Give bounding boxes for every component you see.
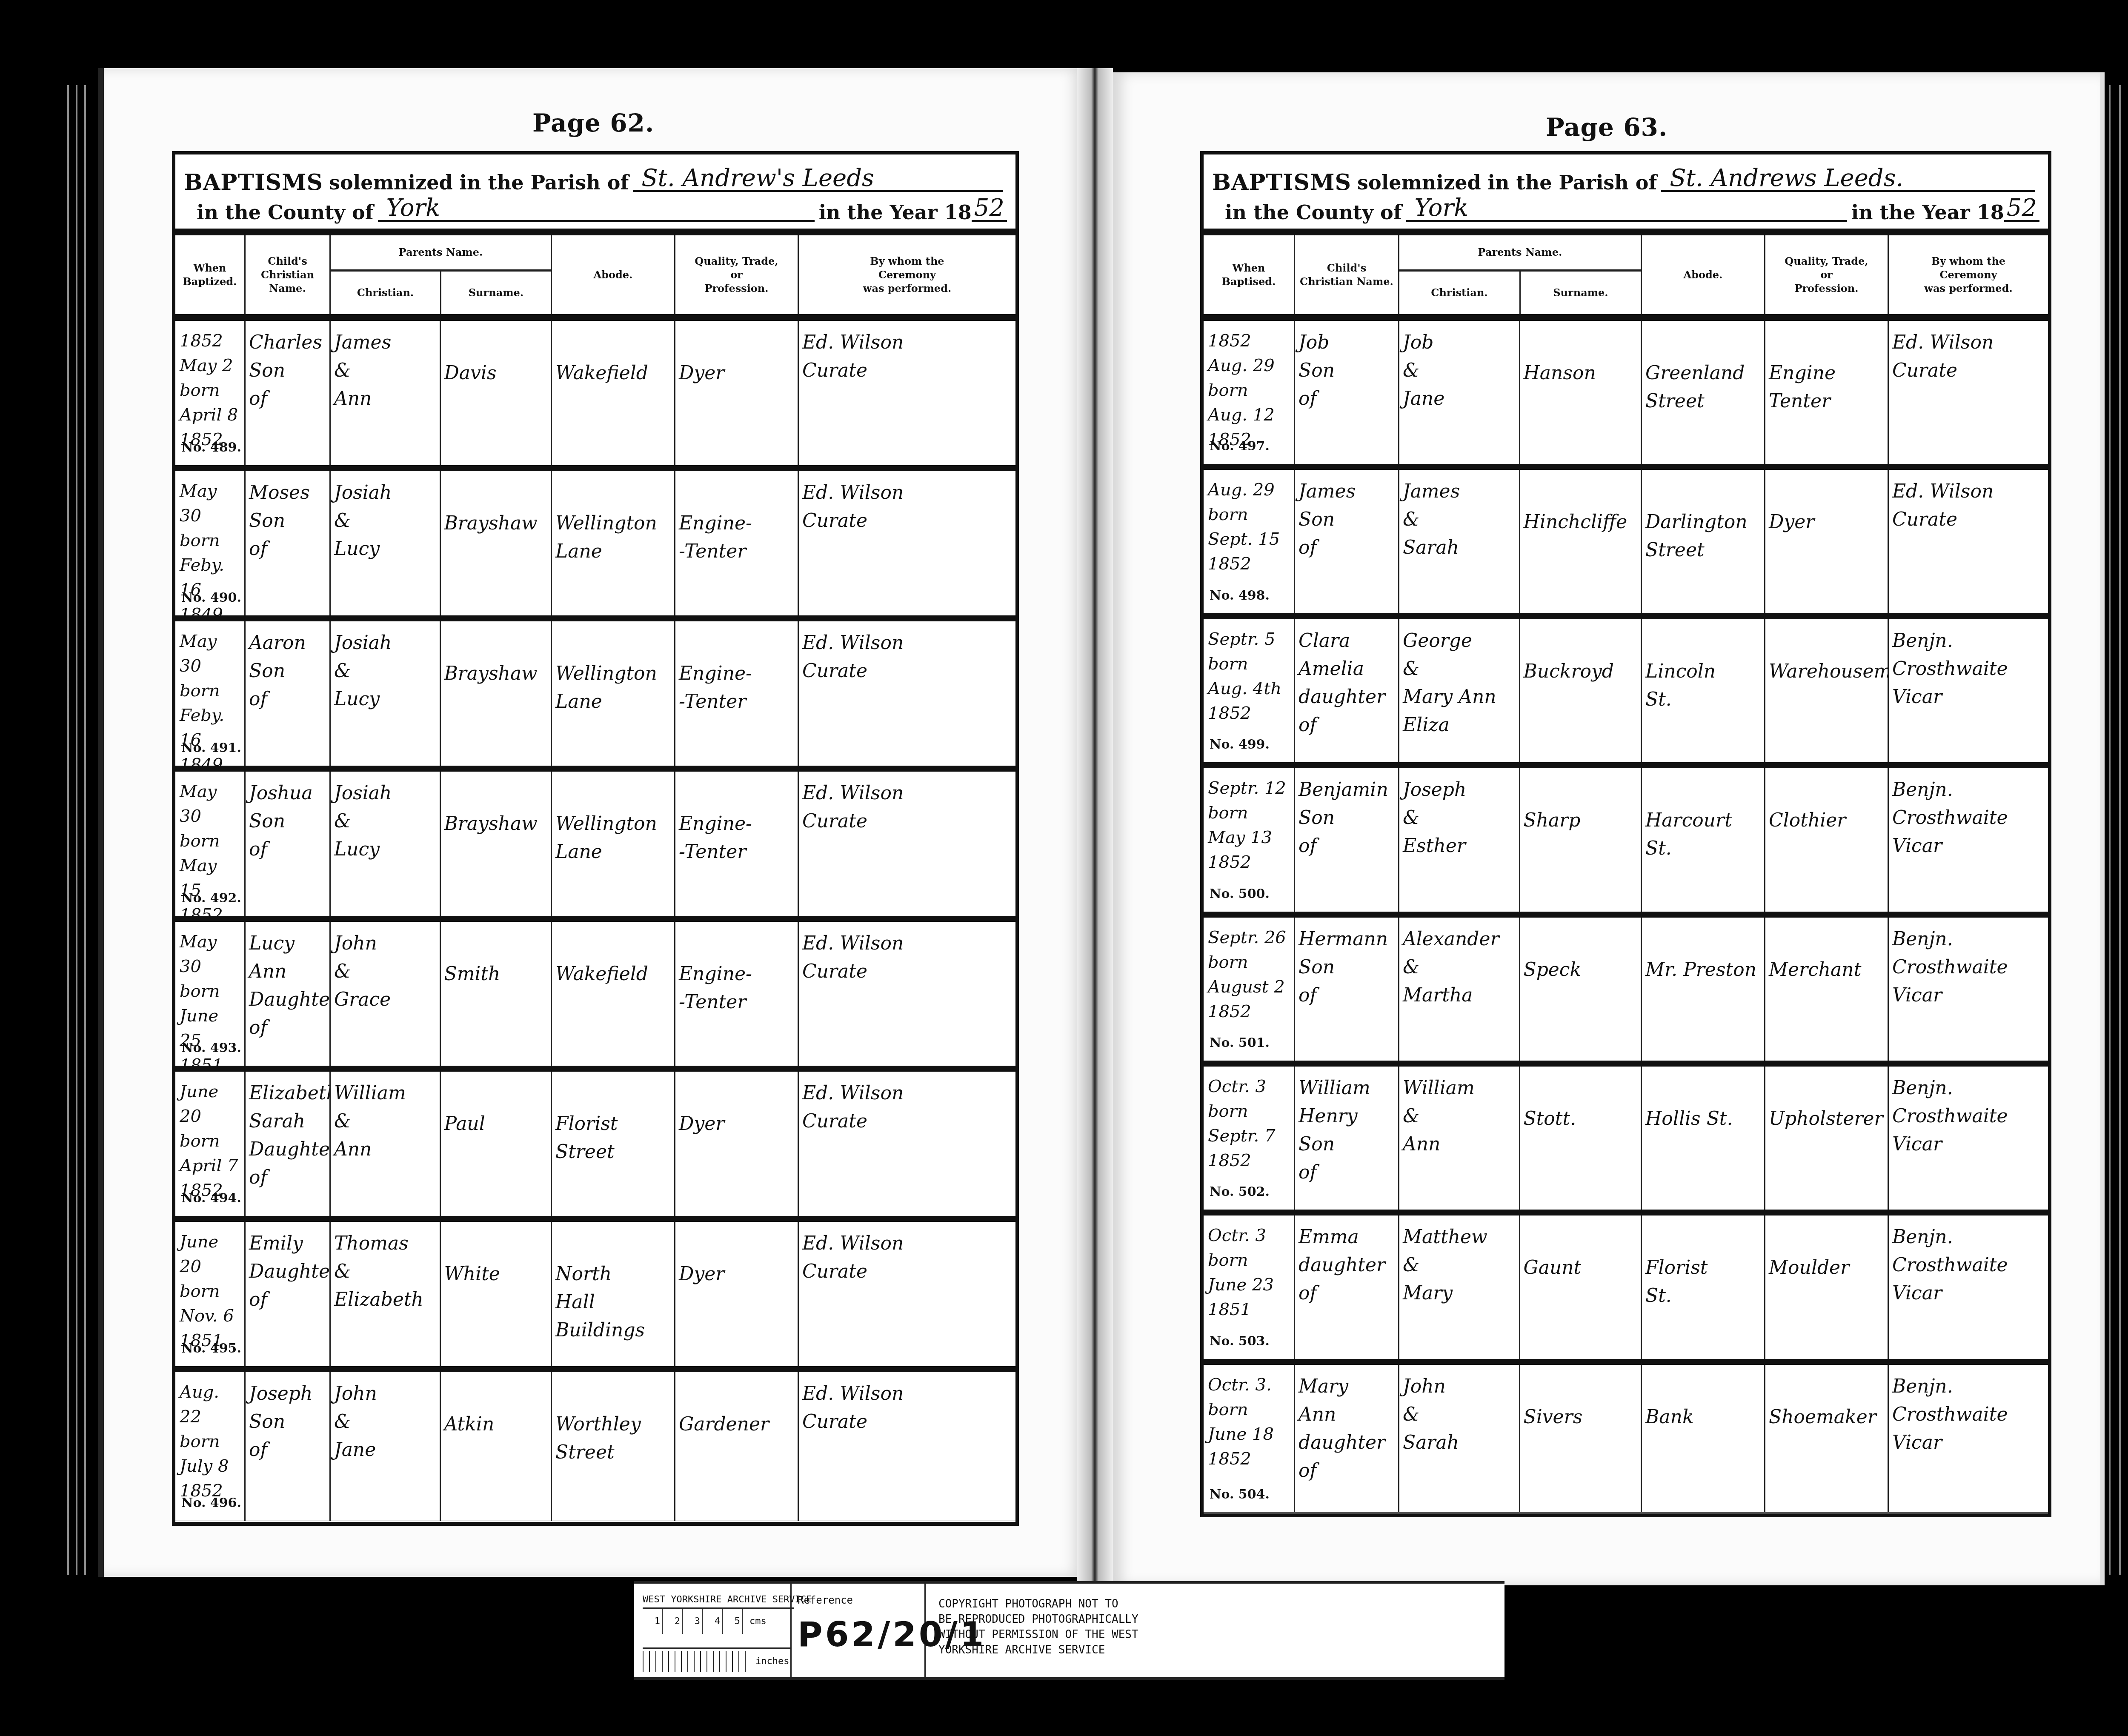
cell-child-name-line: Job xyxy=(1299,329,1395,357)
cell-when-baptized-line: 1852 xyxy=(1208,1148,1290,1173)
surname-text: Speck xyxy=(1524,956,1582,984)
cell-surname: Brayshaw xyxy=(441,772,551,916)
cell-when-baptized-line: Aug. 4th xyxy=(1208,676,1290,701)
cell-trade-line: Merchant xyxy=(1769,956,1884,984)
cell-by-whom: Ed. WilsonCurate xyxy=(1889,470,2048,613)
entry-number: No. 500. xyxy=(1210,882,1270,907)
cell-when-baptized: Septr. 5bornAug. 4th1852No. 499. xyxy=(1204,619,1295,762)
cm-tick: 1 xyxy=(643,1609,663,1634)
cell-trade: Clothier xyxy=(1765,768,1889,911)
cell-by-whom-line: Curate xyxy=(802,1107,1012,1135)
col-by-whom: By whom theCeremonywas performed. xyxy=(1889,235,2048,314)
cell-trade-line: Clothier xyxy=(1769,807,1884,835)
cell-when-baptized-line: 1852 xyxy=(1208,701,1290,726)
cell-when-baptized-line: April 7 xyxy=(180,1153,241,1178)
cell-when-baptized-line: May 30 xyxy=(180,929,241,979)
cell-abode-line: Worthley xyxy=(555,1410,671,1439)
cell-parents: John&SarahSivers xyxy=(1399,1365,1642,1512)
cell-by-whom-line: Curate xyxy=(802,507,1012,535)
cell-abode-line: Wakefield xyxy=(555,359,671,387)
cell-abode: HarcourtSt. xyxy=(1642,768,1765,911)
cell-trade-line: Engine- xyxy=(679,660,794,688)
cell-parents-christian-line: Jane xyxy=(1403,385,1516,413)
cell-when-baptized: Octr. 3bornSeptr. 71852No. 502. xyxy=(1204,1067,1295,1210)
cell-parents-christian: Matthew&Mary xyxy=(1399,1215,1520,1358)
entry-rows: 1852Aug. 29bornAug. 121852No. 497.JobSon… xyxy=(1204,321,2048,1514)
cell-by-whom-line: Ed. Wilson xyxy=(1892,478,2045,506)
cell-by-whom: Ed. WilsonCurate xyxy=(1889,321,2048,464)
entry-number: No. 497. xyxy=(1210,434,1270,459)
cell-parents-christian-line: Eliza xyxy=(1403,711,1516,739)
cell-parents-christian-line: & xyxy=(334,1107,436,1135)
cell-abode-line: Wellington xyxy=(555,509,671,538)
cell-child-name-line: Lucy xyxy=(249,929,326,958)
entry-number: No. 499. xyxy=(1210,732,1270,757)
column-headers: WhenBaptized. Child'sChristian Name. Par… xyxy=(175,235,1015,321)
cell-trade: Upholsterer xyxy=(1765,1067,1889,1210)
cell-by-whom-line: Curate xyxy=(802,958,1012,986)
cell-by-whom-line: Curate xyxy=(1892,357,2045,385)
cell-when-baptized: Septr. 26bornAugust 21852No. 501. xyxy=(1204,918,1295,1061)
cell-by-whom: Ed. WilsonCurate xyxy=(799,1072,1015,1216)
cell-trade-line: Tenter xyxy=(1769,387,1884,415)
cell-child-name-line: daughter xyxy=(1299,683,1395,711)
cell-child-name-line: Hermann xyxy=(1299,925,1395,953)
baptisms-label: BAPTISMS xyxy=(1212,169,1351,196)
cell-trade-line: Dyer xyxy=(679,1260,794,1288)
cell-trade-line: Dyer xyxy=(1769,508,1884,536)
entry-number: No. 502. xyxy=(1210,1180,1270,1204)
cell-child-name-line: of xyxy=(1299,1457,1395,1485)
col-label: By whom the xyxy=(870,255,944,268)
reference-block: Reference P62/20/1 xyxy=(792,1584,926,1677)
col-label: Ceremony xyxy=(1939,268,1997,282)
cell-parents: Josiah&LucyBrayshaw xyxy=(331,471,552,615)
cell-child-name-line: Benjamin xyxy=(1299,776,1395,804)
solemnized-label: solemnized in the Parish of xyxy=(329,169,629,196)
cell-abode: DarlingtonStreet xyxy=(1642,470,1765,613)
cell-when-baptized-line: born xyxy=(1208,950,1290,975)
cell-parents-christian-line: & xyxy=(1403,357,1516,385)
surname-text: Atkin xyxy=(444,1410,495,1439)
cell-when-baptized-line: May 2 xyxy=(180,353,241,378)
surname-text: Davis xyxy=(444,359,497,387)
entry-number: No. 504. xyxy=(1210,1482,1270,1507)
cell-when-baptized-line: Aug. 22 xyxy=(180,1380,241,1429)
cell-when-baptized-line: 1852 xyxy=(1208,999,1290,1024)
cell-abode-line: North xyxy=(555,1260,671,1288)
cell-child-name-line: of xyxy=(249,385,326,413)
surname-text: Hanson xyxy=(1524,359,1596,387)
county-value: York xyxy=(1406,196,1847,222)
reference-value: P62/20/1 xyxy=(798,1615,924,1654)
cell-abode-line: Street xyxy=(555,1138,671,1166)
cell-child-name: WilliamHenrySonof xyxy=(1295,1067,1399,1210)
cell-abode-line: Lane xyxy=(555,538,671,566)
cell-parents: James&AnnDavis xyxy=(331,321,552,465)
cell-parents-christian: William&Ann xyxy=(1399,1067,1520,1210)
cell-abode: FloristStreet xyxy=(552,1072,675,1216)
cell-parents-christian-line: Thomas xyxy=(334,1230,436,1258)
cell-trade-line: Warehouseman xyxy=(1769,658,1884,686)
cell-parents-christian-line: Matthew xyxy=(1403,1223,1516,1251)
cell-trade: Warehouseman xyxy=(1765,619,1889,762)
county-label: in the County of xyxy=(1225,199,1402,226)
cell-trade-line: Dyer xyxy=(679,359,794,387)
cell-child-name: HermannSonof xyxy=(1295,918,1399,1061)
cell-when-baptized-line: June 18 xyxy=(1208,1422,1290,1447)
cell-when-baptized-line: May 13 xyxy=(1208,825,1290,850)
cell-when-baptized-line: Septr. 7 xyxy=(1208,1124,1290,1148)
cell-when-baptized: 1852May 2bornApril 81852No. 489. xyxy=(175,321,246,465)
surname-text: Gaunt xyxy=(1524,1254,1582,1282)
col-label: When xyxy=(1232,261,1265,275)
col-parents-surname: Surname. xyxy=(1521,272,1641,314)
register-entry-row: Aug. 22bornJuly 81852No. 496.JosephSonof… xyxy=(175,1372,1015,1522)
cell-when-baptized-line: born xyxy=(1208,378,1290,403)
cell-by-whom-line: Vicar xyxy=(1892,1279,2045,1307)
cell-when-baptized: 1852Aug. 29bornAug. 121852No. 497. xyxy=(1204,321,1295,464)
cell-when-baptized-line: born xyxy=(1208,1099,1290,1124)
cell-by-whom-line: Curate xyxy=(802,807,1012,835)
entry-number: No. 496. xyxy=(181,1491,241,1516)
cell-child-name-line: James xyxy=(1299,478,1395,506)
entry-number: No. 490. xyxy=(181,586,241,610)
col-label: or xyxy=(730,268,743,282)
cell-parents: Thomas&ElizabethWhite xyxy=(331,1222,552,1366)
cell-when-baptized-line: Octr. 3 xyxy=(1208,1074,1290,1099)
cell-when-baptized-line: born xyxy=(180,979,241,1004)
cell-child-name-line: of xyxy=(249,535,326,563)
cell-child-name-line: Daughter xyxy=(249,986,326,1014)
cell-child-name-line: of xyxy=(1299,1158,1395,1187)
cell-abode: LincolnSt. xyxy=(1642,619,1765,762)
cell-abode-line: Wellington xyxy=(555,810,671,838)
cell-surname: Buckroyd xyxy=(1520,619,1641,762)
cell-child-name-line: of xyxy=(1299,711,1395,739)
cell-when-baptized: May 30bornFeby. 161849No. 490. xyxy=(175,471,246,615)
cell-parents: James&SarahHinchcliffe xyxy=(1399,470,1642,613)
surname-text: Sharp xyxy=(1524,807,1581,835)
cell-child-name-line: Son xyxy=(1299,804,1395,832)
cell-by-whom-line: Benjn. Crosthwaite xyxy=(1892,925,2045,981)
cell-parents: Alexander&MarthaSpeck xyxy=(1399,918,1642,1061)
cell-by-whom: Ed. WilsonCurate xyxy=(799,922,1015,1066)
cell-by-whom-line: Ed. Wilson xyxy=(802,1079,1012,1107)
cell-trade-line: Gardener xyxy=(679,1410,794,1439)
cell-parents-christian-line: Elizabeth xyxy=(334,1286,436,1314)
cell-surname: Gaunt xyxy=(1520,1215,1641,1358)
cell-child-name-line: of xyxy=(249,1286,326,1314)
cell-child-name-line: of xyxy=(249,685,326,713)
cell-by-whom-line: Vicar xyxy=(1892,1130,2045,1158)
col-label: When xyxy=(193,261,226,275)
surname-text: Sivers xyxy=(1524,1403,1583,1431)
cell-trade: Engine--Tenter xyxy=(675,922,799,1066)
col-label: Quality, Trade, xyxy=(695,255,778,268)
cell-abode: WellingtonLane xyxy=(552,471,675,615)
cell-abode-line: St. xyxy=(1645,686,1761,714)
cell-when-baptized-line: April 8 xyxy=(180,403,241,427)
cell-by-whom-line: Vicar xyxy=(1892,981,2045,1010)
cell-child-name: JobSonof xyxy=(1295,321,1399,464)
cell-when-baptized-line: born xyxy=(1208,652,1290,676)
cell-child-name-line: Charles xyxy=(249,329,326,357)
register-entry-row: Octr. 3.bornJune 181852No. 504.MaryAnnda… xyxy=(1204,1365,2048,1514)
cell-abode: WorthleyStreet xyxy=(552,1372,675,1521)
cell-by-whom-line: Benjn. Crosthwaite xyxy=(1892,1373,2045,1429)
col-label: Quality, Trade, xyxy=(1785,255,1868,268)
cell-trade: Engine--Tenter xyxy=(675,772,799,916)
cell-parents-christian: Joseph&Esther xyxy=(1399,768,1520,911)
cell-when-baptized: June 20bornApril 71852No. 494. xyxy=(175,1072,246,1216)
cell-child-name-line: of xyxy=(1299,385,1395,413)
cell-child-name-line: Son xyxy=(1299,357,1395,385)
cell-child-name-line: Elizabeth xyxy=(249,1079,326,1107)
cell-parents-christian: James&Sarah xyxy=(1399,470,1520,613)
reference-label: Reference xyxy=(798,1594,924,1606)
cell-abode: GreenlandStreet xyxy=(1642,321,1765,464)
cell-when-baptized-line: Septr. 5 xyxy=(1208,627,1290,652)
register-entry-row: Septr. 5bornAug. 4th1852No. 499.ClaraAme… xyxy=(1204,619,2048,768)
year-label: in the Year 18 xyxy=(819,199,972,226)
copyright-notice: COPYRIGHT PHOTOGRAPH NOT TO BE REPRODUCE… xyxy=(926,1584,1504,1677)
cell-parents: Joseph&EstherSharp xyxy=(1399,768,1642,911)
cell-when-baptized-line: Septr. 12 xyxy=(1208,776,1290,801)
cell-surname: Hanson xyxy=(1520,321,1641,464)
cell-when-baptized-line: August 2 xyxy=(1208,975,1290,999)
cell-abode: Mr. Preston xyxy=(1642,918,1765,1061)
col-parents-christian: Christian. xyxy=(331,272,441,314)
cell-parents: Josiah&LucyBrayshaw xyxy=(331,772,552,916)
cell-abode: Hollis St. xyxy=(1642,1067,1765,1210)
cell-when-baptized-line: May 30 xyxy=(180,629,241,678)
cell-surname: Hinchcliffe xyxy=(1520,470,1641,613)
cell-abode: FloristSt. xyxy=(1642,1215,1765,1358)
cell-parents-christian: William&Ann xyxy=(331,1072,441,1216)
cell-when-baptized: Octr. 3.bornJune 181852No. 504. xyxy=(1204,1365,1295,1512)
register-entry-row: 1852Aug. 29bornAug. 121852No. 497.JobSon… xyxy=(1204,321,2048,470)
cell-parents-christian-line: James xyxy=(1403,478,1516,506)
cell-by-whom-line: Curate xyxy=(802,357,1012,385)
entry-number: No. 491. xyxy=(181,736,241,761)
cell-child-name-line: Mary xyxy=(1299,1373,1395,1401)
cell-by-whom: Ed. WilsonCurate xyxy=(799,1222,1015,1366)
cell-parents-christian-line: & xyxy=(334,958,436,986)
cell-parents-christian-line: George xyxy=(1403,627,1516,655)
cell-child-name-line: Joseph xyxy=(249,1380,326,1408)
register-entry-row: June 20bornNov. 61851No. 495.EmilyDaught… xyxy=(175,1222,1015,1372)
cell-trade: Dyer xyxy=(1765,470,1889,613)
cell-when-baptized-line: June 20 xyxy=(180,1079,241,1129)
cell-by-whom: Ed. WilsonCurate xyxy=(799,1372,1015,1521)
cell-parents-christian-line: & xyxy=(1403,1102,1516,1130)
cell-child-name-line: of xyxy=(249,1436,326,1464)
county-value: York xyxy=(378,196,815,222)
cell-by-whom: Ed. WilsonCurate xyxy=(799,321,1015,465)
cell-when-baptized: May 30bornMay 151852No. 492. xyxy=(175,772,246,916)
cell-parents-christian-line: Lucy xyxy=(334,685,436,713)
cell-parents-christian-line: William xyxy=(334,1079,436,1107)
entry-number: No. 494. xyxy=(181,1186,241,1211)
cell-abode-line: Street xyxy=(1645,387,1761,415)
cell-child-name-line: Son xyxy=(249,357,326,385)
cell-parents-christian: Thomas&Elizabeth xyxy=(331,1222,441,1366)
cell-abode: NorthHallBuildings xyxy=(552,1222,675,1366)
cell-by-whom: Benjn. CrosthwaiteVicar xyxy=(1889,1067,2048,1210)
cell-by-whom: Ed. WilsonCurate xyxy=(799,471,1015,615)
col-label: Ceremony xyxy=(878,268,936,282)
cell-when-baptized-line: Octr. 3. xyxy=(1208,1373,1290,1397)
cell-parents-christian: John&Jane xyxy=(331,1372,441,1521)
cell-child-name: JoshuaSonof xyxy=(246,772,331,916)
cell-parents-christian-line: Sarah xyxy=(1403,1429,1516,1457)
cell-child-name-line: Daughter xyxy=(249,1258,326,1286)
cell-parents-christian-line: Ann xyxy=(1403,1130,1516,1158)
cell-child-name: AaronSonof xyxy=(246,621,331,766)
cell-surname: Atkin xyxy=(441,1372,551,1521)
surname-text: Paul xyxy=(444,1110,485,1138)
cell-when-baptized-line: June 20 xyxy=(180,1230,241,1279)
archive-reference-label: WEST YORKSHIRE ARCHIVE SERVICE 1 2 3 4 5… xyxy=(634,1581,1504,1680)
cell-trade-line: Engine- xyxy=(679,960,794,988)
cm-tick: 3 xyxy=(683,1609,703,1634)
cell-when-baptized-line: 1852 xyxy=(180,329,241,353)
cell-child-name-line: of xyxy=(249,1014,326,1042)
cell-by-whom-line: Benjn. Crosthwaite xyxy=(1892,776,2045,832)
entry-number: No. 489. xyxy=(181,435,241,460)
cell-by-whom-line: Ed. Wilson xyxy=(802,1230,1012,1258)
cell-surname: Sivers xyxy=(1520,1365,1641,1512)
cell-parents-christian-line: Josiah xyxy=(334,479,436,507)
surname-text: Buckroyd xyxy=(1524,658,1614,686)
cell-parents-christian-line: Lucy xyxy=(334,535,436,563)
cell-child-name: JosephSonof xyxy=(246,1372,331,1521)
cell-surname: Stott. xyxy=(1520,1067,1641,1210)
cell-trade-line: Dyer xyxy=(679,1110,794,1138)
cell-abode-line: Florist xyxy=(1645,1254,1761,1282)
col-parents-christian: Christian. xyxy=(1399,272,1521,314)
cell-when-baptized-line: 1852 xyxy=(1208,329,1290,353)
cell-when-baptized: Octr. 3bornJune 231851No. 503. xyxy=(1204,1215,1295,1358)
col-abode: Abode. xyxy=(1642,235,1765,314)
surname-text: Stott. xyxy=(1524,1105,1576,1133)
cell-parents-christian: Josiah&Lucy xyxy=(331,471,441,615)
cell-when-baptized-line: Aug. 29 xyxy=(1208,353,1290,378)
cell-child-name-line: Son xyxy=(249,657,326,685)
col-child-name: Child'sChristian Name. xyxy=(1295,235,1399,314)
cell-abode-line: Hollis St. xyxy=(1645,1105,1761,1133)
cell-when-baptized-line: born xyxy=(180,1429,241,1454)
baptism-register-table: BAPTISMS solemnized in the Parish of St.… xyxy=(1200,151,2051,1517)
cell-child-name-line: Son xyxy=(249,807,326,835)
register-entry-row: May 30bornJune 251851No. 493.LucyAnnDaug… xyxy=(175,922,1015,1072)
cell-by-whom-line: Benjn. Crosthwaite xyxy=(1892,1074,2045,1130)
cell-trade: Dyer xyxy=(675,1222,799,1366)
cell-parents-christian-line: Job xyxy=(1403,329,1516,357)
cell-child-name-line: of xyxy=(1299,534,1395,562)
cell-by-whom-line: Vicar xyxy=(1892,1429,2045,1457)
cell-trade: Moulder xyxy=(1765,1215,1889,1358)
cell-parents-christian: Alexander&Martha xyxy=(1399,918,1520,1061)
cell-parents-christian-line: & xyxy=(334,657,436,685)
cell-parents-christian-line: Martha xyxy=(1403,981,1516,1010)
surname-text: Hinchcliffe xyxy=(1524,508,1627,536)
register-entry-row: Octr. 3bornSeptr. 71852No. 502.WilliamHe… xyxy=(1204,1067,2048,1215)
cell-child-name-line: Son xyxy=(249,1408,326,1436)
cell-parents-christian-line: Josiah xyxy=(334,779,436,807)
col-label: Child's xyxy=(268,255,307,268)
year-value: 52 xyxy=(972,196,1007,222)
cell-parents: John&GraceSmith xyxy=(331,922,552,1066)
cell-abode-line: Bank xyxy=(1645,1403,1761,1431)
cell-trade-line: Shoemaker xyxy=(1769,1403,1884,1431)
cell-when-baptized-line: born xyxy=(180,678,241,703)
cell-child-name-line: Son xyxy=(1299,953,1395,981)
col-label: Parents Name. xyxy=(1399,235,1641,272)
cell-trade: EngineTenter xyxy=(1765,321,1889,464)
cell-child-name: CharlesSonof xyxy=(246,321,331,465)
col-label: By whom the xyxy=(1931,255,2005,268)
cm-unit: cms xyxy=(749,1609,767,1634)
cell-child-name-line: Ann xyxy=(1299,1401,1395,1429)
cell-parents-christian-line: Lucy xyxy=(334,835,436,864)
cell-child-name-line: of xyxy=(249,1164,326,1192)
cell-surname: Sharp xyxy=(1520,768,1641,911)
cell-child-name: JamesSonof xyxy=(1295,470,1399,613)
cell-abode-line: Wellington xyxy=(555,660,671,688)
col-trade: Quality, Trade,orProfession. xyxy=(675,235,799,314)
cell-when-baptized-line: June 23 xyxy=(1208,1273,1290,1297)
cell-child-name-line: Son xyxy=(1299,506,1395,534)
cell-when-baptized-line: 1851 xyxy=(1208,1297,1290,1322)
cell-by-whom-line: Benjn. Crosthwaite xyxy=(1892,1223,2045,1279)
cell-child-name-line: daughter xyxy=(1299,1429,1395,1457)
cell-by-whom-line: Vicar xyxy=(1892,832,2045,860)
cell-trade-line: -Tenter xyxy=(679,988,794,1016)
register-entry-row: Octr. 3bornJune 231851No. 503.Emmadaught… xyxy=(1204,1215,2048,1364)
cell-parents-christian-line: Jane xyxy=(334,1436,436,1464)
county-label: in the County of xyxy=(197,199,374,226)
cell-parents-christian-line: John xyxy=(334,1380,436,1408)
cell-parents-christian-line: & xyxy=(1403,1251,1516,1279)
cell-parents-christian: Josiah&Lucy xyxy=(331,621,441,766)
cell-when-baptized-line: 1852 xyxy=(1208,850,1290,875)
cell-by-whom-line: Ed. Wilson xyxy=(802,629,1012,657)
cell-child-name-line: of xyxy=(1299,832,1395,860)
cell-when-baptized-line: born xyxy=(180,829,241,853)
cell-when-baptized-line: Aug. 12 xyxy=(1208,403,1290,427)
surname-text: White xyxy=(444,1260,500,1288)
col-child-name: Child'sChristian Name. xyxy=(246,235,331,314)
entry-number: No. 495. xyxy=(181,1336,241,1361)
cell-when-baptized-line: May 30 xyxy=(180,779,241,829)
cell-abode-line: Street xyxy=(555,1439,671,1467)
cell-abode-line: Greenland xyxy=(1645,359,1761,387)
cell-trade-line: Upholsterer xyxy=(1769,1105,1884,1133)
entry-number: No. 501. xyxy=(1210,1031,1270,1055)
cell-when-baptized: June 20bornNov. 61851No. 495. xyxy=(175,1222,246,1366)
baptism-register-table: BAPTISMS solemnized in the Parish of St.… xyxy=(172,151,1019,1526)
cell-child-name-line: of xyxy=(1299,981,1395,1010)
cell-when-baptized: May 30bornFeby. 161849No. 491. xyxy=(175,621,246,766)
cell-parents-christian-line: William xyxy=(1403,1074,1516,1102)
cell-parents: Josiah&LucyBrayshaw xyxy=(331,621,552,766)
cell-when-baptized-line: born xyxy=(180,528,241,553)
cell-abode-line: Lane xyxy=(555,688,671,716)
ruler-ticks xyxy=(643,1651,747,1672)
cell-when-baptized-line: 1852 xyxy=(1208,552,1290,576)
